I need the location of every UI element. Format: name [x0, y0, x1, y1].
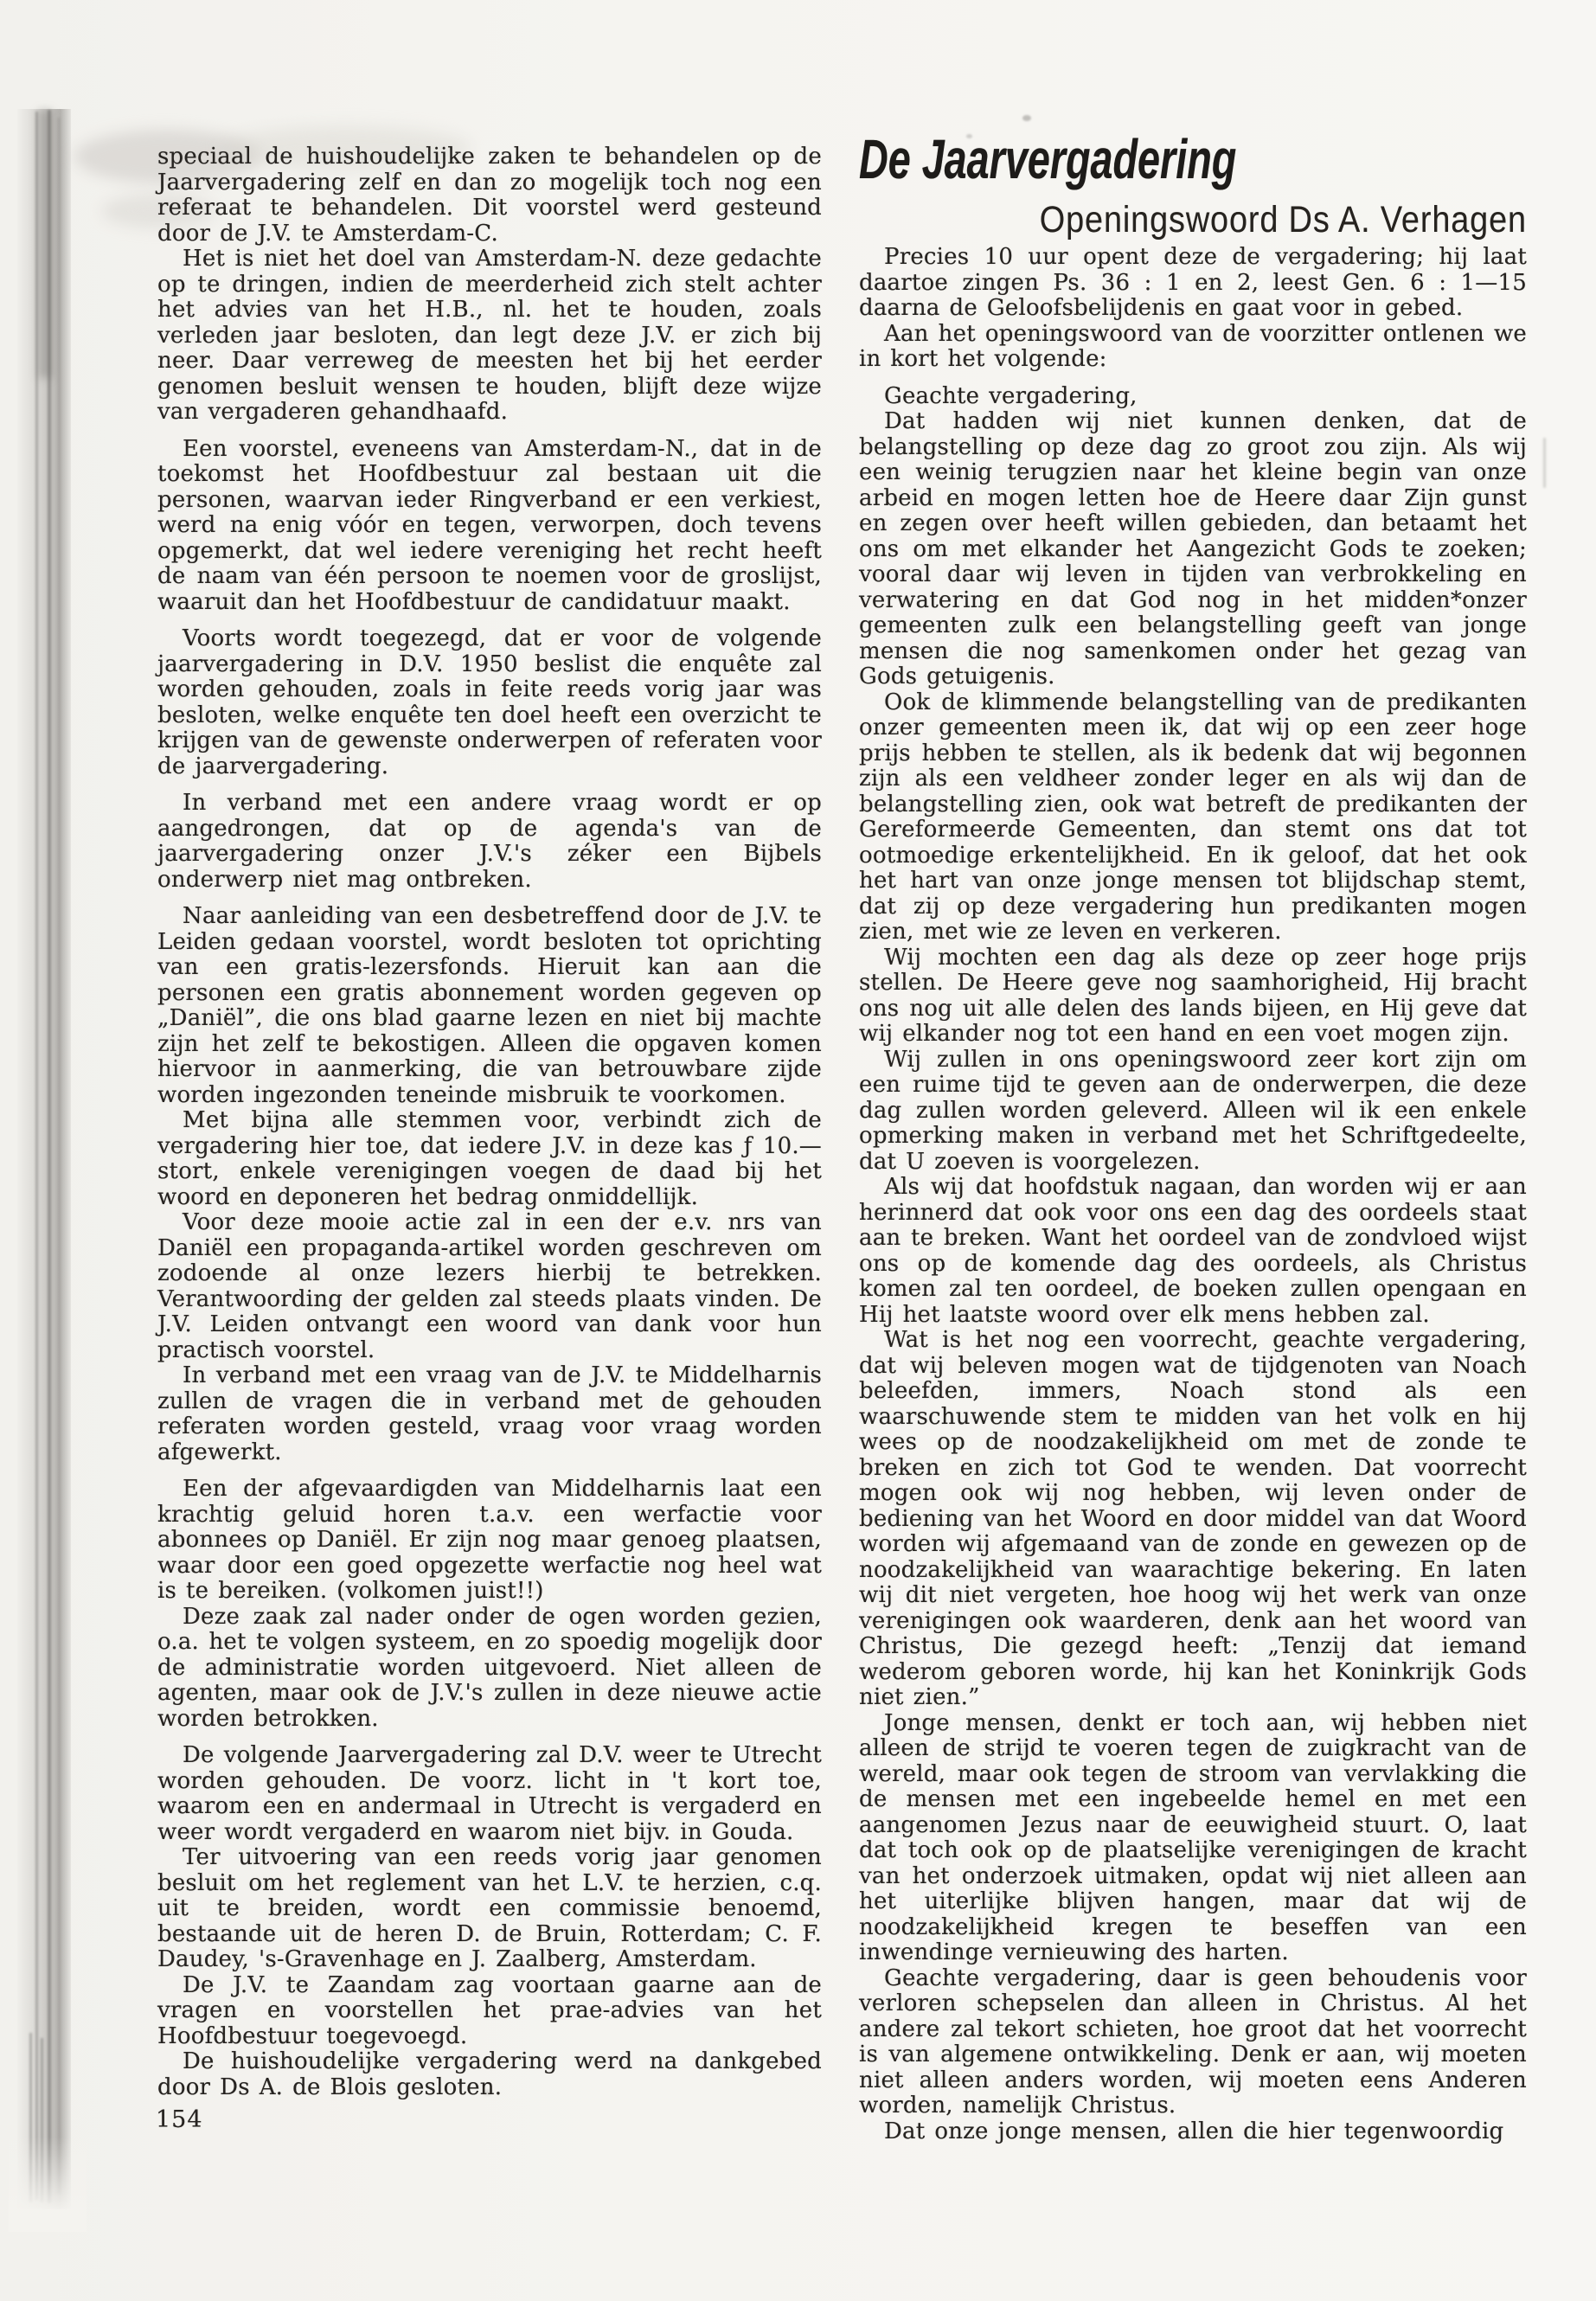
- paragraph: Geachte vergadering, daar is geen behoud…: [859, 1966, 1527, 2119]
- paragraph: Dat hadden wij niet kunnen denken, dat d…: [859, 409, 1527, 690]
- left-column: speciaal de huishoudelijke zaken te beha…: [157, 144, 822, 2100]
- paragraph: In verband met een vraag van de J.V. te …: [157, 1363, 822, 1465]
- paragraph: Deze zaak zal nader onder de ogen worden…: [157, 1605, 822, 1733]
- scan-gutter-shadow: [17, 109, 71, 2209]
- page-number: 154: [156, 2108, 203, 2131]
- paragraph: Met bijna alle stemmen voor, verbindt zi…: [157, 1108, 822, 1210]
- paragraph: Ter uitvoering van een reeds vorig jaar …: [157, 1845, 822, 1973]
- right-column: Precies 10 uur opent deze de vergadering…: [859, 245, 1527, 2144]
- paragraph: Dat onze jonge mensen, allen die hier te…: [859, 2119, 1527, 2145]
- scan-streak: [48, 110, 51, 2203]
- article-title: De Jaarvergadering: [859, 131, 1236, 187]
- paragraph: Jonge mensen, denkt er toch aan, wij heb…: [859, 1711, 1527, 1966]
- article-header: De Jaarvergadering Openingswoord Ds A. V…: [859, 0, 1527, 242]
- scan-speck: [1543, 438, 1546, 488]
- paragraph: Voor deze mooie actie zal in een der e.v…: [157, 1210, 822, 1363]
- paragraph: In verband met een andere vraag wordt er…: [157, 791, 822, 893]
- paragraph: Precies 10 uur opent deze de vergadering…: [859, 245, 1527, 322]
- paragraph: Aan het openingswoord van de voorzitter …: [859, 322, 1527, 373]
- scan-streak: [38, 110, 52, 378]
- paragraph: Als wij dat hoofdstuk nagaan, dan worden…: [859, 1175, 1527, 1328]
- paragraph: De huishoudelijke vergadering werd na da…: [157, 2049, 822, 2100]
- paragraph: speciaal de huishoudelijke zaken te beha…: [157, 144, 822, 247]
- paragraph: Het is niet het doel van Amsterdam-N. de…: [157, 247, 822, 426]
- paragraph: Voorts wordt toegezegd, dat er voor de v…: [157, 626, 822, 779]
- scan-streak: [58, 118, 60, 2194]
- paragraph: De J.V. te Zaandam zag voortaan gaarne a…: [157, 1973, 822, 2050]
- paragraph: Geachte vergadering,: [859, 384, 1527, 410]
- article-subtitle-text: Openingswoord Ds A. Verhagen: [1040, 202, 1527, 239]
- paragraph: Wij zullen in ons openingswoord zeer kor…: [859, 1048, 1527, 1176]
- paragraph: Naar aanleiding van een desbetreffend do…: [157, 904, 822, 1108]
- scan-gutter-fade: [9, 2137, 87, 2232]
- scanned-magazine-page: speciaal de huishoudelijke zaken te beha…: [0, 0, 1596, 2301]
- paragraph: Een der afgevaardigden van Middelharnis …: [157, 1477, 822, 1605]
- scan-streak: [35, 112, 38, 2200]
- paragraph: Wat is het nog een voorrecht, geachte ve…: [859, 1328, 1527, 1711]
- paragraph: Een voorstel, eveneens van Amsterdam-N.,…: [157, 437, 822, 616]
- article-subtitle: Openingswoord Ds A. Verhagen: [973, 202, 1527, 239]
- paragraph: Wij mochten een dag als deze op zeer hog…: [859, 945, 1527, 1048]
- paragraph: Ook de klimmende belangstelling van de p…: [859, 690, 1527, 945]
- paragraph: De volgende Jaarvergadering zal D.V. wee…: [157, 1743, 822, 1845]
